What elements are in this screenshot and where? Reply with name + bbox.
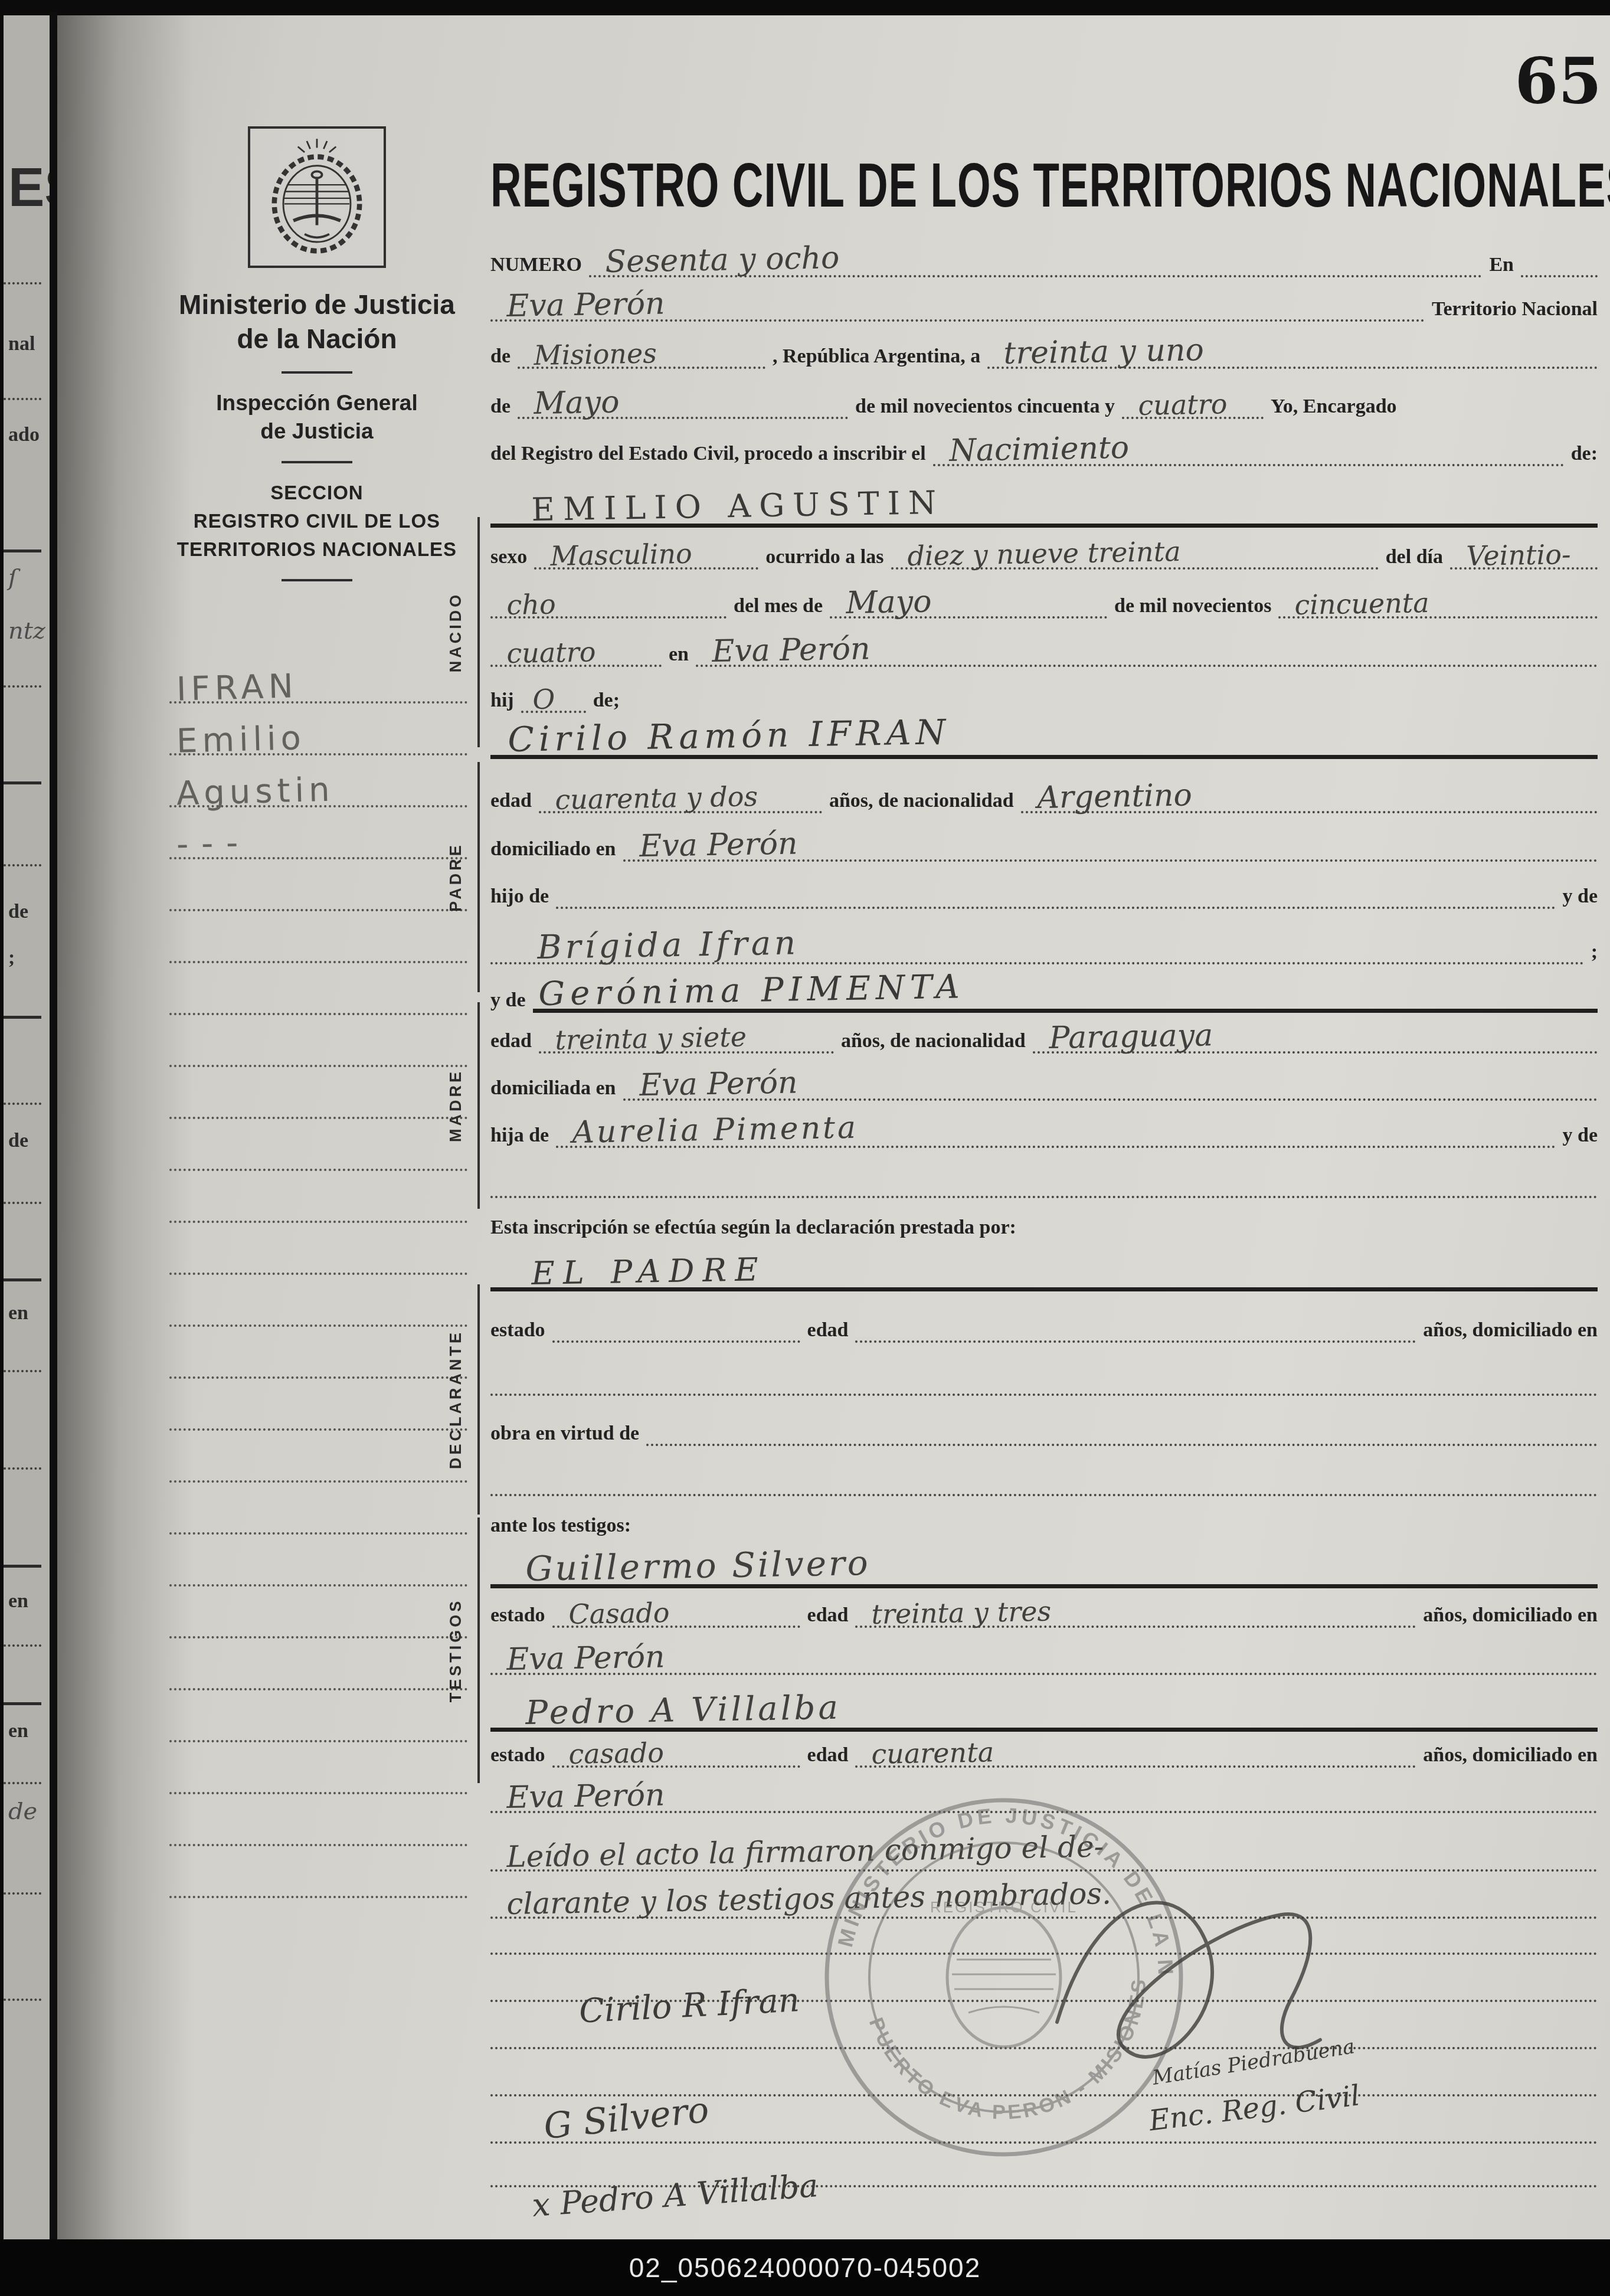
margin-second-name: Agustin	[176, 771, 335, 813]
testigo2-estado-field: casado	[552, 1765, 800, 1768]
anio-nac-cont-field: cuatro	[490, 665, 662, 667]
declarante-estado-label: estado	[490, 1319, 545, 1343]
de-label: de	[490, 345, 511, 369]
anio-nac-value-1: cincuenta	[1294, 587, 1429, 621]
testigo2-estado-label: estado	[490, 1744, 545, 1768]
testigo1-edad-label: edad	[807, 1604, 849, 1628]
margin-index-lines: IFRAN Emilio Agustin - - -	[169, 652, 467, 1898]
territorio-nacional-label: Territorio Nacional	[1432, 298, 1598, 322]
padre-edad-value: cuarenta y dos	[555, 780, 758, 816]
madre-edad-label: edad	[490, 1030, 532, 1054]
edge-ruled-line	[4, 685, 41, 688]
section-label-madre: MADRE	[447, 1069, 465, 1142]
edge-fragment: ado	[8, 424, 40, 446]
margin-line	[169, 1119, 467, 1171]
lugar-registro-value: Eva Perón	[506, 286, 665, 324]
dia-nac-cont-field: cho	[490, 616, 727, 619]
margin-line	[169, 1015, 467, 1067]
inspection-line1: Inspección General	[146, 389, 488, 417]
margin-line	[169, 1275, 467, 1327]
hora-value: diez y nueve treinta	[907, 535, 1181, 572]
edge-fragment: en	[8, 1720, 28, 1742]
divider	[282, 579, 352, 581]
hora-field: diez y nueve treinta	[891, 567, 1379, 570]
edge-ruled-line	[4, 1892, 41, 1895]
section-padre: PADRE	[477, 762, 480, 992]
margin-dashes: - - -	[176, 824, 240, 864]
mes-nac-field: Mayo	[830, 616, 1107, 619]
sexo-value: Masculino	[550, 538, 692, 572]
testigo1-estado-label: estado	[490, 1604, 545, 1628]
edge-fragment: nal	[8, 333, 35, 355]
de-colon-label: de:	[1571, 443, 1598, 466]
edge-ruled-line	[4, 1370, 41, 1372]
edge-ruled-line	[4, 1202, 41, 1204]
edge-fragment: en	[8, 1302, 28, 1324]
obra-field	[646, 1444, 1598, 1446]
section-line3: TERRITORIOS NACIONALES	[146, 535, 488, 564]
edge-ruled-line	[4, 550, 41, 552]
testigo2-edad-value: cuarenta	[872, 1736, 994, 1770]
section-label-testigos: TESTIGOS	[447, 1598, 465, 1703]
padre-nacionalidad-field: Argentino	[1021, 811, 1598, 813]
edge-ruled-line	[4, 1702, 41, 1705]
madre-nacionalidad-label: años, de nacionalidad	[841, 1030, 1026, 1054]
section-label-declarante: DECLARANTE	[447, 1330, 465, 1469]
hija-de-label: hija de	[490, 1124, 549, 1148]
lugar-registro-field: Eva Perón	[490, 319, 1425, 322]
del-mes-label: del mes de	[734, 595, 823, 619]
certificate-form: REGISTRO CIVIL DE LOS TERRITORIOS NACION…	[490, 15, 1601, 2239]
coat-of-arms-box	[248, 126, 386, 268]
margin-line	[169, 1171, 467, 1223]
testigo1-edad-field: treinta y tres	[855, 1625, 1416, 1628]
padre-nombre-field: Cirilo Ramón IFRAN	[490, 755, 1598, 759]
padre-edad-field: cuarenta y dos	[539, 811, 822, 813]
testigo1-domicilio-value: Eva Perón	[506, 1639, 665, 1677]
mes-nac-value: Mayo	[846, 584, 932, 621]
numero-value: Sesenta y ocho	[605, 240, 840, 280]
edge-ruled-line	[4, 1999, 41, 2001]
padre-edad-label: edad	[490, 790, 532, 813]
en-label: En	[1489, 254, 1514, 277]
declarante-edad-field	[855, 1340, 1416, 1343]
acto-value: Nacimiento	[949, 430, 1130, 469]
edge-ruled-line	[4, 1278, 41, 1281]
testigo1-estado-field: Casado	[552, 1625, 800, 1628]
ministry-name-line1: Ministerio de Justicia	[146, 288, 488, 322]
madre-nacionalidad-field: Paraguaya	[1033, 1051, 1598, 1054]
margin-line: Agustin	[169, 755, 467, 807]
catalog-number: 02_050624000070-045002	[629, 2252, 981, 2284]
edge-ruled-line	[4, 1782, 41, 1784]
edge-ruled-line	[4, 282, 41, 284]
inspection-line2: de Justicia	[146, 417, 488, 446]
testigo2-edad-label: edad	[807, 1744, 849, 1768]
margin-line: IFRAN	[169, 652, 467, 704]
edge-fragment: ES	[8, 157, 50, 219]
edge-ruled-line	[4, 1565, 41, 1568]
abuela-materna-field: Aurelia Pimenta	[556, 1146, 1555, 1148]
numero-label: NUMERO	[490, 254, 582, 277]
dia-nac-value-1: Veintio-	[1466, 538, 1571, 572]
del-dia-label: del día	[1386, 546, 1443, 570]
dia-nac-value-2: cho	[506, 588, 556, 621]
padre-domicilio-field: Eva Perón	[623, 859, 1598, 862]
edge-ruled-line	[4, 864, 41, 866]
margin-line	[169, 1846, 467, 1898]
section-nacido: NACIDO	[477, 517, 480, 747]
territorio-field: Misiones	[518, 367, 765, 369]
edge-handwriting-fragment: de	[8, 1798, 37, 1825]
anio-impreso-label: de mil novecientos cincuenta y	[855, 395, 1115, 419]
previous-page-edge: ES nal ado ſ ntz de ; de en en en de	[4, 15, 50, 2239]
territorio-value: Misiones	[534, 337, 657, 371]
declarante-anios-label: años, domiciliado en	[1423, 1319, 1598, 1343]
form-title: REGISTRO CIVIL DE LOS TERRITORIOS NACION…	[490, 150, 1610, 221]
yo-encargado-label: Yo, Encargado	[1271, 395, 1396, 419]
margin-line	[169, 1742, 467, 1794]
y-de2-label: y de	[1563, 1124, 1598, 1148]
madre-edad-field: treinta y siete	[539, 1051, 834, 1054]
padre-domicilio-label: domiciliado en	[490, 838, 616, 862]
testigo2-domicilio-value: Eva Perón	[506, 1777, 665, 1816]
acto-field: Nacimiento	[933, 464, 1564, 466]
madre-domicilio-label: domiciliada en	[490, 1077, 616, 1101]
margin-line	[169, 1223, 467, 1275]
madre-y-de-label: y de	[490, 989, 526, 1013]
mes-acta-value: Mayo	[534, 384, 620, 421]
margin-line	[169, 1067, 467, 1119]
padre-nacionalidad-label: años, de nacionalidad	[829, 790, 1014, 813]
inscripto-value: EMILIO AGUSTIN	[531, 484, 945, 528]
dia-acta-value: treinta y uno	[1003, 332, 1204, 371]
dia-acta-field: treinta y uno	[987, 367, 1598, 369]
edge-ruled-line	[4, 1103, 41, 1105]
declarante-field: EL PADRE	[490, 1287, 1598, 1291]
empty-line	[490, 1394, 1598, 1396]
section-line2: REGISTRO CIVIL DE LOS	[146, 507, 488, 535]
madre-domicilio-value: Eva Perón	[639, 1065, 797, 1103]
scanned-birth-certificate: ES nal ado ſ ntz de ; de en en en de 65	[0, 0, 1610, 2296]
dia-nac-field: Veintio-	[1450, 567, 1598, 570]
edge-handwriting-fragment: ntz	[8, 617, 45, 645]
section-line1: SECCION	[146, 479, 488, 507]
abuela-materna-value: Aurelia Pimenta	[572, 1110, 859, 1150]
edge-handwriting-fragment: ſ	[8, 564, 17, 591]
edge-fragment: en	[8, 1590, 28, 1613]
padre-nacionalidad-value: Argentino	[1037, 777, 1192, 816]
numero-field: Sesenta y ocho	[589, 275, 1483, 277]
ministry-name-line2: de la Nación	[146, 322, 488, 356]
section-madre: MADRE	[477, 1002, 480, 1209]
en2-label: en	[669, 643, 689, 667]
madre-nombre-value: Gerónima PIMENTA	[538, 967, 964, 1013]
ministry-sidebar: Ministerio de Justicia de la Nación Insp…	[146, 126, 488, 597]
margin-line	[169, 1431, 467, 1483]
margin-line	[169, 1638, 467, 1690]
testigo2-anios-label: años, domiciliado en	[1423, 1744, 1598, 1768]
anio-acta-field: cuatro	[1122, 417, 1264, 419]
page-binding-edge	[50, 12, 57, 2243]
edge-fragment: de	[8, 901, 28, 923]
madre-domicilio-field: Eva Perón	[623, 1098, 1598, 1101]
empty-line	[490, 1196, 1598, 1198]
republica-label: , República Argentina, a	[773, 345, 980, 369]
madre-edad-value: treinta y siete	[555, 1021, 747, 1056]
edge-fragment: ;	[8, 947, 15, 969]
testigo1-anios-label: años, domiciliado en	[1423, 1604, 1598, 1628]
lugar-nac-field: Eva Perón	[696, 665, 1598, 667]
testigo2-edad-field: cuarenta	[855, 1765, 1416, 1768]
madre-nacionalidad-value: Paraguaya	[1049, 1018, 1213, 1056]
edge-fragment: de	[8, 1130, 28, 1152]
edge-ruled-line	[4, 1467, 41, 1470]
padre-domicilio-value: Eva Perón	[639, 826, 797, 864]
margin-line: Emilio	[169, 704, 467, 755]
declarante-edad-label: edad	[807, 1319, 849, 1343]
padre-nombre-value: Cirilo Ramón IFRAN	[508, 712, 951, 760]
margin-line	[169, 963, 467, 1015]
margin-line	[169, 1690, 467, 1742]
anio-nac-value-2: cuatro	[506, 636, 596, 669]
inscribir-label: del Registro del Estado Civil, procedo a…	[490, 443, 926, 466]
edge-ruled-line	[4, 1016, 41, 1019]
margin-first-name: Emilio	[176, 719, 306, 761]
anio-nac-field: cincuenta	[1278, 616, 1598, 619]
testigo1-edad-value: treinta y tres	[872, 1595, 1052, 1630]
testigo1-nombre-value: Guillermo Silvero	[525, 1543, 871, 1589]
testigo2-estado-value: casado	[568, 1736, 664, 1770]
sexo-label: sexo	[490, 546, 527, 570]
en-field	[1521, 275, 1598, 277]
margin-line	[169, 1327, 467, 1379]
margin-line	[169, 911, 467, 963]
edge-ruled-line	[4, 781, 41, 784]
margin-line	[169, 1535, 467, 1587]
margin-line: - - -	[169, 807, 467, 859]
novecientos-label: de mil novecientos	[1114, 595, 1271, 619]
divider	[282, 461, 352, 463]
margin-line	[169, 859, 467, 911]
empty-line	[490, 1494, 1598, 1496]
margin-surname: IFRAN	[176, 667, 298, 708]
certificate-page: 65	[57, 15, 1610, 2239]
ocurrido-label: ocurrido a las	[765, 546, 883, 570]
edge-ruled-line	[4, 1644, 41, 1647]
edge-ruled-line	[4, 398, 41, 400]
testigo1-estado-value: Casado	[568, 1597, 670, 1630]
margin-line	[169, 1794, 467, 1846]
lugar-nac-value: Eva Perón	[712, 631, 871, 669]
sexo-field: Masculino	[534, 567, 758, 570]
coat-of-arms-icon	[261, 135, 373, 259]
divider	[282, 371, 352, 374]
mes-acta-field: Mayo	[518, 417, 848, 419]
declarante-value: EL PADRE	[531, 1251, 767, 1292]
anio-acta-value: cuatro	[1138, 388, 1228, 421]
margin-line	[169, 1379, 467, 1431]
declarante-estado-field	[552, 1340, 800, 1343]
section-testigos: TESTIGOS	[477, 1517, 480, 1783]
section-label-nacido: NACIDO	[447, 592, 465, 673]
margin-line	[169, 1483, 467, 1535]
section-label-padre: PADRE	[447, 842, 465, 912]
section-declarante: DECLARANTE	[477, 1284, 480, 1515]
catalog-bar: 02_050624000070-045002	[0, 2239, 1610, 2296]
de-mes-label: de	[490, 395, 511, 419]
margin-line	[169, 1587, 467, 1638]
obra-label: obra en virtud de	[490, 1422, 639, 1446]
